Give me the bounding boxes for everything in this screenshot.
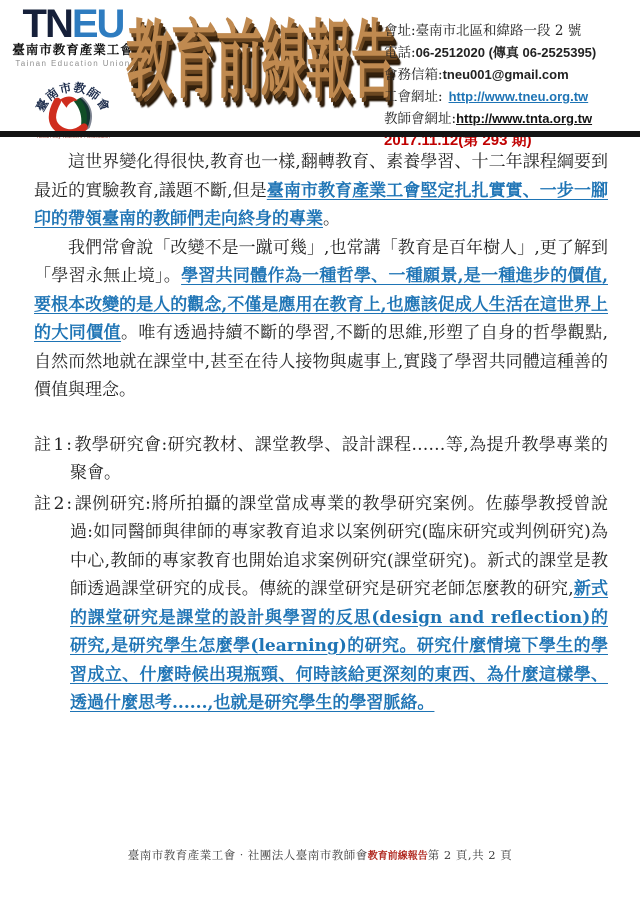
svg-text:臺南市教師會: 臺南市教師會 (33, 79, 113, 114)
union-name-zh: 臺南市教育產業工會 (12, 42, 134, 58)
footnote-2: 註2:課例研究:將所拍攝的課堂當成專業的教學研究案例。佐藤學教授曾說過:如同醫師… (34, 490, 608, 718)
footer-brand: 教育前線報告 (368, 851, 428, 862)
contact-union-site: 工會網址:http://www.tneu.org.tw (384, 86, 636, 108)
contact-phone: 電話:06-2512020 (傳真 06-2525395) (384, 42, 636, 64)
page-footer: 臺南市教育產業工會‧社團法人臺南市教師會教育前線報告第 2 頁,共 2 頁 (0, 847, 640, 863)
contact-email: 會務信箱:tneu001@gmail.com (384, 64, 636, 86)
header-divider (0, 131, 640, 137)
union-name-en: Tainan Education Union (12, 58, 134, 69)
newsletter-title: 教育前線報告 (126, 18, 396, 103)
union-website-link[interactable]: http://www.tneu.org.tw (449, 89, 589, 104)
contact-email-value: tneu001@gmail.com (443, 67, 569, 82)
association-website-link[interactable]: http://www.tnta.org.tw (456, 111, 592, 126)
contact-email-label: 會務信箱: (384, 67, 443, 83)
teachers-association-seal-icon: 臺南市教師會 Tainan City Teachers' Association (33, 70, 113, 140)
paragraph-2-end: 。唯有透過持續不斷的學習,不斷的思維,形塑了自身的哲學觀點,自然而然地就在課堂中… (34, 323, 608, 400)
newsletter-body: 這世界變化得很快,教育也一樣,翻轉教育、素養學習、十二年課程綱要到最近的實驗教育… (0, 140, 640, 720)
tneu-wordmark-tn: TN (23, 2, 72, 46)
contact-assoc-site-label: 教師會網址: (384, 111, 456, 127)
tneu-wordmark: TNEU (12, 6, 134, 42)
page-header: TNEU 臺南市教育產業工會 Tainan Education Union 臺南… (0, 0, 640, 136)
footnote-2-text: 課例研究:將所拍攝的課堂當成專業的教學研究案例。佐藤學教授曾說過:如同醫師與律師… (70, 494, 608, 600)
footer-page-info: 第 2 頁,共 2 頁 (428, 848, 512, 862)
footnote-2-highlight: 新式的課堂研究是課堂的設計與學習的反思(design and reflectio… (70, 579, 608, 713)
footer-org-text: 臺南市教育產業工會‧社團法人臺南市教師會 (128, 848, 368, 862)
contact-address-value: 臺南市北區和緯路一段 2 號 (416, 23, 582, 39)
contact-phone-label: 電話: (384, 45, 416, 61)
seal-arc-text: 臺南市教師會 (33, 79, 113, 114)
footnote-1-label: 註1: (34, 435, 74, 455)
contact-phone-value: 06-2512020 (傳真 06-2525395) (416, 45, 597, 60)
contact-address: 會址:臺南市北區和緯路一段 2 號 (384, 20, 636, 42)
contact-address-label: 會址: (384, 23, 416, 39)
paragraph-1: 這世界變化得很快,教育也一樣,翻轉教育、素養學習、十二年課程綱要到最近的實驗教育… (34, 148, 608, 234)
footnotes: 註1:教學研究會:研究教材、課堂教學、設計課程……等,為提升教學專業的聚會。 註… (34, 431, 608, 718)
tneu-logo: TNEU 臺南市教育產業工會 Tainan Education Union 臺南… (12, 6, 134, 144)
footnote-1: 註1:教學研究會:研究教材、課堂教學、設計課程……等,為提升教學專業的聚會。 (34, 431, 608, 488)
tneu-wordmark-eu: EU (72, 2, 124, 46)
contact-assoc-site: 教師會網址:http://www.tnta.org.tw (384, 108, 636, 130)
paragraph-2: 我們常會說「改變不是一蹴可幾」,也常講「教育是百年樹人」,更了解到「學習永無止境… (34, 234, 608, 405)
footnote-1-text: 教學研究會:研究教材、課堂教學、設計課程……等,為提升教學專業的聚會。 (70, 435, 608, 484)
footnote-2-label: 註2: (34, 494, 74, 514)
paragraph-1-end: 。 (323, 209, 340, 229)
contact-union-site-label: 工會網址: (384, 89, 443, 105)
